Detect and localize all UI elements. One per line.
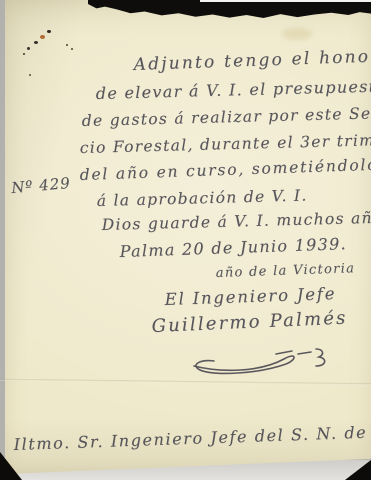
ink-stain-dot — [23, 53, 25, 55]
rust-stain-dot — [40, 35, 45, 39]
paper-smudge — [282, 28, 312, 40]
signature-rubric-flourish — [188, 342, 333, 378]
ink-stain-dot — [71, 48, 73, 50]
photo-top-edge — [200, 0, 371, 2]
ink-stain-dot — [34, 41, 38, 44]
ink-stain-dot — [47, 30, 51, 33]
ink-stain-dot — [29, 74, 31, 76]
letter-photo: Adjunto tengo el honor de elevar á V. I.… — [0, 0, 371, 480]
ink-stain-dot — [66, 44, 68, 46]
ink-stain-dot — [27, 47, 30, 50]
